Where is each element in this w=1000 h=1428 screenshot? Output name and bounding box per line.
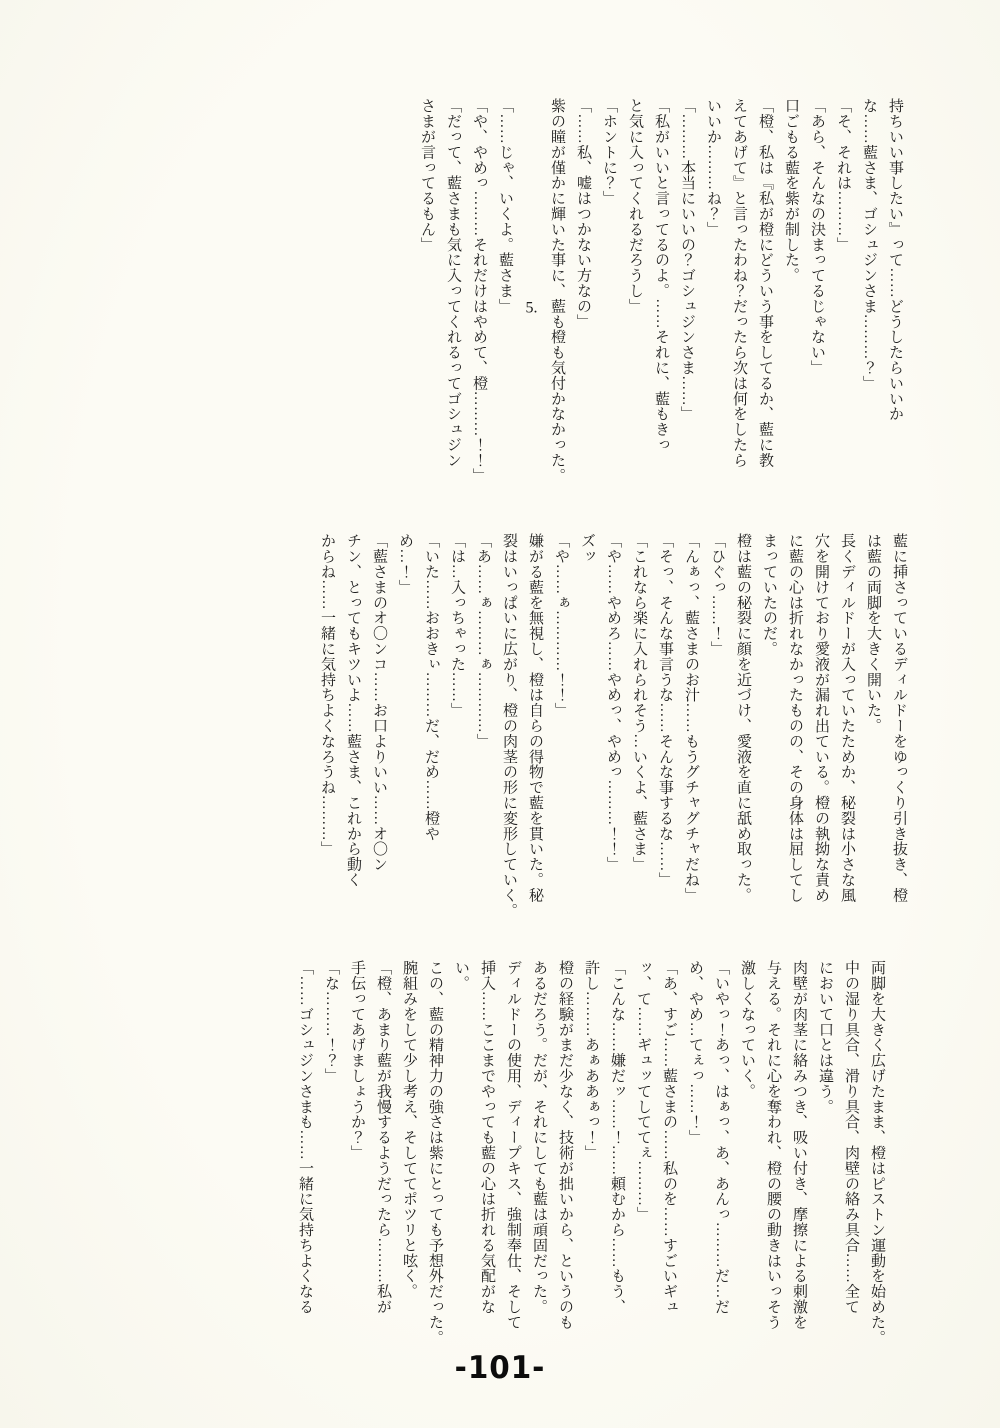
- dialogue-line: 「だって、藍さまも気に入ってくれるってゴシュジン さまが言ってるもん」: [414, 98, 466, 518]
- narration-line: 口ごもる藍を紫が制した。: [778, 98, 804, 518]
- dialogue-line: 「こんな……嫌だッ……！……頼むから……もう、 許し………あぁああぁっ！」: [578, 960, 630, 1380]
- narration-line: 中の湿り具合、滑り具合、肉壁の絡み具合……全て において口とは違う。: [812, 960, 864, 1380]
- dialogue-line: 「橙、あまり藍が我慢するようだったら………私が 手伝ってあげましょうか？」: [344, 960, 396, 1380]
- narration-line: 長くディルドーが入っていたためか、秘裂は小さな風 穴を開けており愛液が漏れ出てい…: [756, 533, 860, 953]
- narration-line: この、藍の精神力の強さは紫にとっても予想外だった。: [422, 960, 448, 1380]
- dialogue-line: 「あら、そんなの決まってるじゃない」: [804, 98, 830, 518]
- section-number: 5.: [518, 98, 544, 518]
- narration-line: 紫の瞳が僅かに輝いた事に、藍も橙も気付かなかった。: [544, 98, 570, 518]
- narration-line: 橙の経験がまだ少なく、技術が拙いから、というのも あるだろう。だが、それにしても…: [526, 960, 578, 1380]
- dialogue-line: 「……じゃ、いくよ。藍さま」: [492, 98, 518, 518]
- dialogue-line: 「や、やめっ………それだけはやめて、橙………！！」: [466, 98, 492, 518]
- dialogue-line: 「な………！？」: [318, 960, 344, 1380]
- dialogue-line: 「や……ぁ…………！！」: [548, 533, 574, 953]
- dialogue-line: 「いやっ！あっ、はぁっ、あ、あんっ………だ…だ め、やめ…てぇっ……！」: [682, 960, 734, 1380]
- dialogue-line: 「橙、私は『私が橙にどういう事をしてるか、藍に教 えてあげて』と言ったわね？だっ…: [700, 98, 778, 518]
- dialogue-line: 「あ……ぁ………ぁ…………」: [470, 533, 496, 953]
- dialogue-line: 「………本当にいいの？ゴシュジンさま……」: [674, 98, 700, 518]
- dialogue-line: 「私がいいと言ってるのよ。……それに、藍もきっ と気に入ってくれるだろうし」: [622, 98, 674, 518]
- narration-line: 腕組みをして少し考え、そしててポツリと呟く。: [396, 960, 422, 1380]
- narration-line: 肉壁が肉茎に絡みつき、吸い付き、摩擦による刺激を 与える。それに心を奪われ、橙の…: [734, 960, 812, 1380]
- narration-line: 両脚を大きく広げたまま、橙はピストン運動を始めた。: [864, 960, 890, 1380]
- dialogue-line: 「そっ、そんな事言うな……そんな事するな……」: [652, 533, 678, 953]
- text-band-top: 持ちいい事したい』って……どうしたらいいか な……藍さま、ゴシュジンさま………？…: [414, 98, 908, 518]
- narration-line: ディルドーの使用、ディープキス、強制奉仕、そして 挿入……ここまでやっても藍の心…: [448, 960, 526, 1380]
- dialogue-line: 「んぁっ、藍さまのお汁……もうグチャグチャだね」: [678, 533, 704, 953]
- narration-line: 橙は藍の秘裂に顔を近づけ、愛液を直に舐め取った。: [730, 533, 756, 953]
- dialogue-line: 「ホントに？」: [596, 98, 622, 518]
- dialogue-line: 「そ、それは………」: [830, 98, 856, 518]
- dialogue-line: 「は…入っちゃった……」: [444, 533, 470, 953]
- sfx-label: ズッ: [574, 533, 600, 953]
- text-band-middle: 藍に挿さっているディルドーをゆっくり引き抜き、橙 は藍の両脚を大きく開いた。 長…: [314, 533, 912, 953]
- narration-line: 嫌がる藍を無視し、橙は自らの得物で藍を貫いた。秘 裂はいっぱいに広がり、橙の肉茎…: [496, 533, 548, 953]
- narration-line: 藍に挿さっているディルドーをゆっくり引き抜き、橙 は藍の両脚を大きく開いた。: [860, 533, 912, 953]
- dialogue-line: 「……ゴシュジンさまも……一緒に気持ちよくなる: [292, 960, 318, 1380]
- page-number: -101-: [25, 1350, 975, 1386]
- dialogue-line: 「あ、すご……藍さまの……私のを……すごいギュ ッ、て……ギュッてしててぇ…………: [630, 960, 682, 1380]
- dialogue-line: 「これなら楽に入れられそう…いくよ、藍さま」: [626, 533, 652, 953]
- dialogue-line: 持ちいい事したい』って……どうしたらいいか な……藍さま、ゴシュジンさま………？…: [856, 98, 908, 518]
- dialogue-line: 「や……やめろ……やめっ、やめっ………！！」: [600, 533, 626, 953]
- dialogue-line: 「いた……おおきぃ………だ、だめ……橙や め…！」: [392, 533, 444, 953]
- text-band-bottom: 両脚を大きく広げたまま、橙はピストン運動を始めた。 中の湿り具合、滑り具合、肉壁…: [292, 960, 890, 1380]
- novel-page: 持ちいい事したい』って……どうしたらいいか な……藍さま、ゴシュジンさま………？…: [0, 0, 1000, 1428]
- dialogue-line: 「ひぐっ……！」: [704, 533, 730, 953]
- dialogue-line: 「……私、嘘はつかない方なの」: [570, 98, 596, 518]
- dialogue-line: 「藍さまのオ〇ンコ……お口よりいい……オ〇ン チン、とってもキツいよ……藍さま、…: [314, 533, 392, 953]
